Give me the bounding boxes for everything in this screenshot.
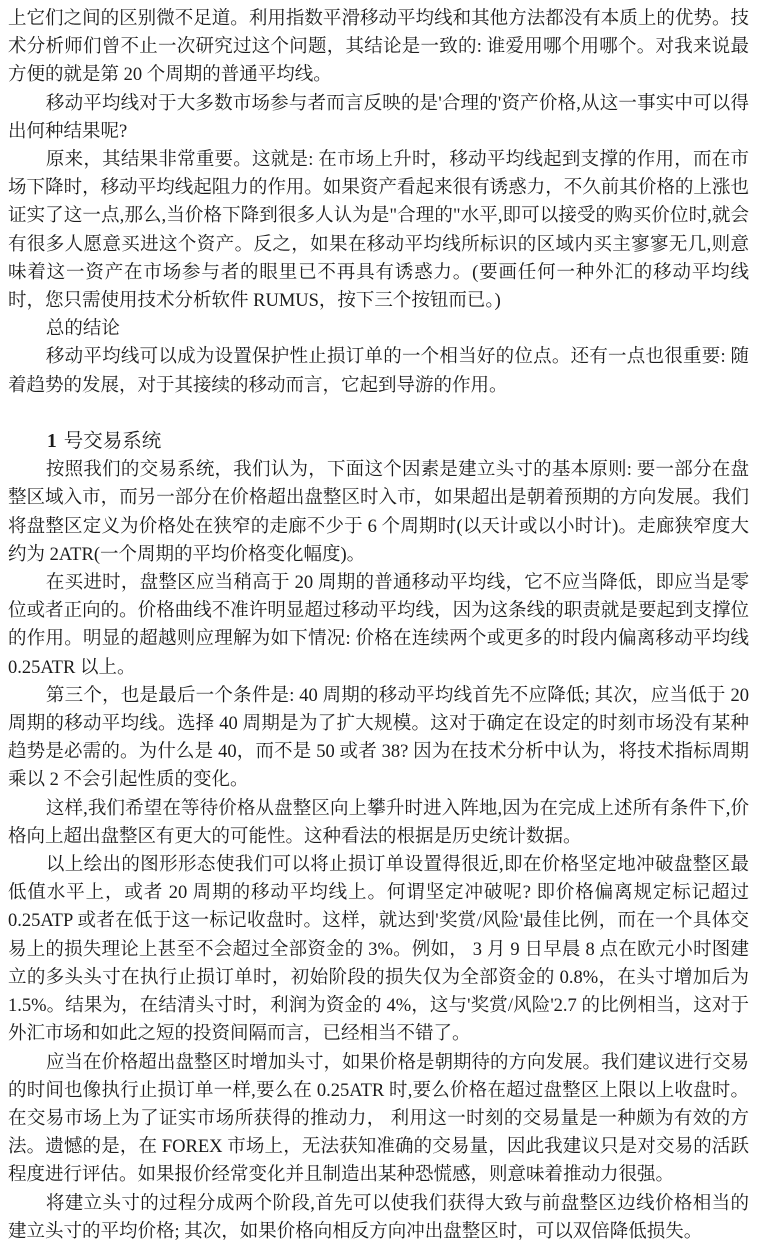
paragraph-stop-loss-guide: 移动平均线可以成为设置保护性止损订单的一个相当好的位点。还有一点也很重要: 随着…: [8, 343, 749, 399]
paragraph-waiting-breakout: 这样,我们希望在等待价格从盘整区向上攀升时进入阵地,因为在完成上述所有条件下,价…: [8, 795, 749, 851]
paragraph-intro-continuation: 上它们之间的区别微不足道。利用指数平滑移动平均线和其他方法都没有本质上的优势。技…: [8, 5, 749, 90]
section-heading-title: 号交易系统: [64, 431, 162, 452]
paragraph-stop-loss-example: 以上绘出的图形形态使我们可以将止损订单设置得很近,即在价格坚定地冲破盘整区最低值…: [8, 851, 749, 1048]
paragraph-position-principles: 按照我们的交易系统，我们认为，下面这个因素是建立头寸的基本原则: 要一部分在盘整…: [8, 456, 749, 569]
section-heading-number: 1: [47, 431, 57, 452]
subheading-general-conclusion: 总的结论: [8, 315, 749, 343]
document-page: 上它们之间的区别微不足道。利用指数平滑移动平均线和其他方法都没有本质上的优势。技…: [0, 0, 758, 1240]
paragraph-third-condition-40ma: 第三个，也是最后一个条件是: 40 周期的移动平均线首先不应降低; 其次，应当低…: [8, 682, 749, 795]
paragraph-adding-position-volume: 应当在价格超出盘整区时增加头寸，如果价格是朝期待的方向发展。我们建议进行交易的时…: [8, 1049, 749, 1190]
paragraph-support-resistance: 原来，其结果非常重要。这就是: 在市场上升时，移动平均线起到支撑的作用，而在市场…: [8, 146, 749, 315]
paragraph-moving-average-fair-price: 移动平均线对于大多数市场参与者而言反映的是'合理的'资产价格,从这一事实中可以得…: [8, 90, 749, 146]
paragraph-buy-conditions-20ma: 在买进时，盘整区应当稍高于 20 周期的普通移动平均线，它不应当降低，即应当是零…: [8, 569, 749, 682]
paragraph-two-stage-entry: 将建立头寸的过程分成两个阶段,首先可以使我们获得大致与前盘整区边线价格相当的建立…: [8, 1190, 749, 1240]
section-heading-trading-system-1: 1号交易系统: [8, 428, 749, 456]
